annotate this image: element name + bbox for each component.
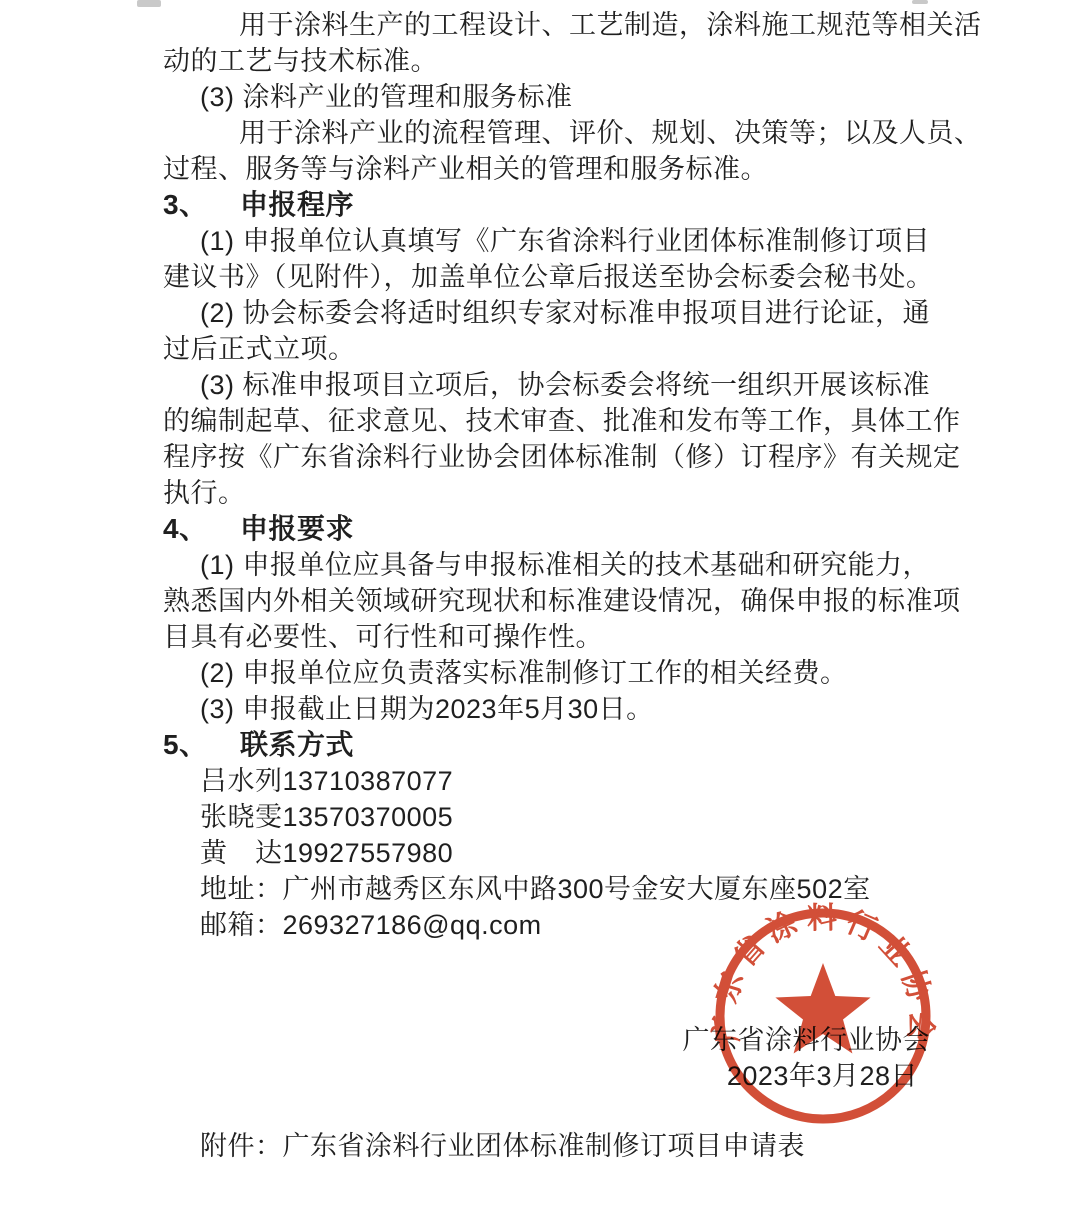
text-line: 熟悉国内外相关领域研究现状和标准建设情况，确保申报的标准项 xyxy=(163,583,930,619)
text-line: (3) 涂料产业的管理和服务标准 xyxy=(163,79,930,115)
section-heading: 5、联系方式 xyxy=(163,727,930,763)
section-title: 联系方式 xyxy=(240,729,354,760)
text-line: (1) 申报单位应具备与申报标准相关的技术基础和研究能力， xyxy=(163,547,930,583)
section-number: 3、 xyxy=(163,187,240,223)
text-line: 执行。 xyxy=(163,475,930,511)
text-line: 过后正式立项。 xyxy=(163,331,930,367)
text-line: 的编制起草、征求意见、技术审查、批准和发布等工作，具体工作 xyxy=(163,403,930,439)
section-title: 申报要求 xyxy=(240,513,354,544)
text-line: 吕水列13710387077 xyxy=(163,763,930,799)
text-line: 目具有必要性、可行性和可操作性。 xyxy=(163,619,930,655)
document-text-lines: 用于涂料生产的工程设计、工艺制造，涂料施工规范等相关活动的工艺与技术标准。(3)… xyxy=(163,7,930,943)
text-line: 建议书》（见附件），加盖单位公章后报送至协会标委会秘书处。 xyxy=(163,259,930,295)
section-title: 申报程序 xyxy=(240,189,354,220)
section-heading: 4、申报要求 xyxy=(163,511,930,547)
text-line: (2) 申报单位应负责落实标准制修订工作的相关经费。 xyxy=(163,655,930,691)
text-line: (2) 协会标委会将适时组织专家对标准申报项目进行论证，通 xyxy=(163,295,930,331)
text-line: (3) 标准申报项目立项后，协会标委会将统一组织开展该标准 xyxy=(163,367,930,403)
text-line: 过程、服务等与涂料产业相关的管理和服务标准。 xyxy=(163,151,930,187)
section-number: 5、 xyxy=(163,727,240,763)
section-heading: 3、申报程序 xyxy=(163,187,930,223)
section-number: 4、 xyxy=(163,511,240,547)
attachment-note: 附件：广东省涂料行业团体标准制修订项目申请表 xyxy=(163,1128,930,1164)
text-line: 张晓雯13570370005 xyxy=(163,799,930,835)
text-line: (1) 申报单位认真填写《广东省涂料行业团体标准制修订项目 xyxy=(163,223,930,259)
text-line: 黄 达19927557980 xyxy=(163,835,930,871)
text-line: (3) 申报截止日期为2023年5月30日。 xyxy=(163,691,930,727)
document-page: 用于涂料生产的工程设计、工艺制造，涂料施工规范等相关活动的工艺与技术标准。(3)… xyxy=(0,0,1080,1222)
text-line: 用于涂料生产的工程设计、工艺制造，涂料施工规范等相关活 xyxy=(163,7,930,43)
official-seal-stamp: 广东省涂料行业协会 xyxy=(708,901,938,1131)
text-line: 动的工艺与技术标准。 xyxy=(163,43,930,79)
text-line: 用于涂料产业的流程管理、评价、规划、决策等；以及人员、 xyxy=(163,115,930,151)
red-star-icon xyxy=(775,963,870,1054)
text-line: 程序按《广东省涂料行业协会团体标准制（修）订程序》有关规定 xyxy=(163,439,930,475)
